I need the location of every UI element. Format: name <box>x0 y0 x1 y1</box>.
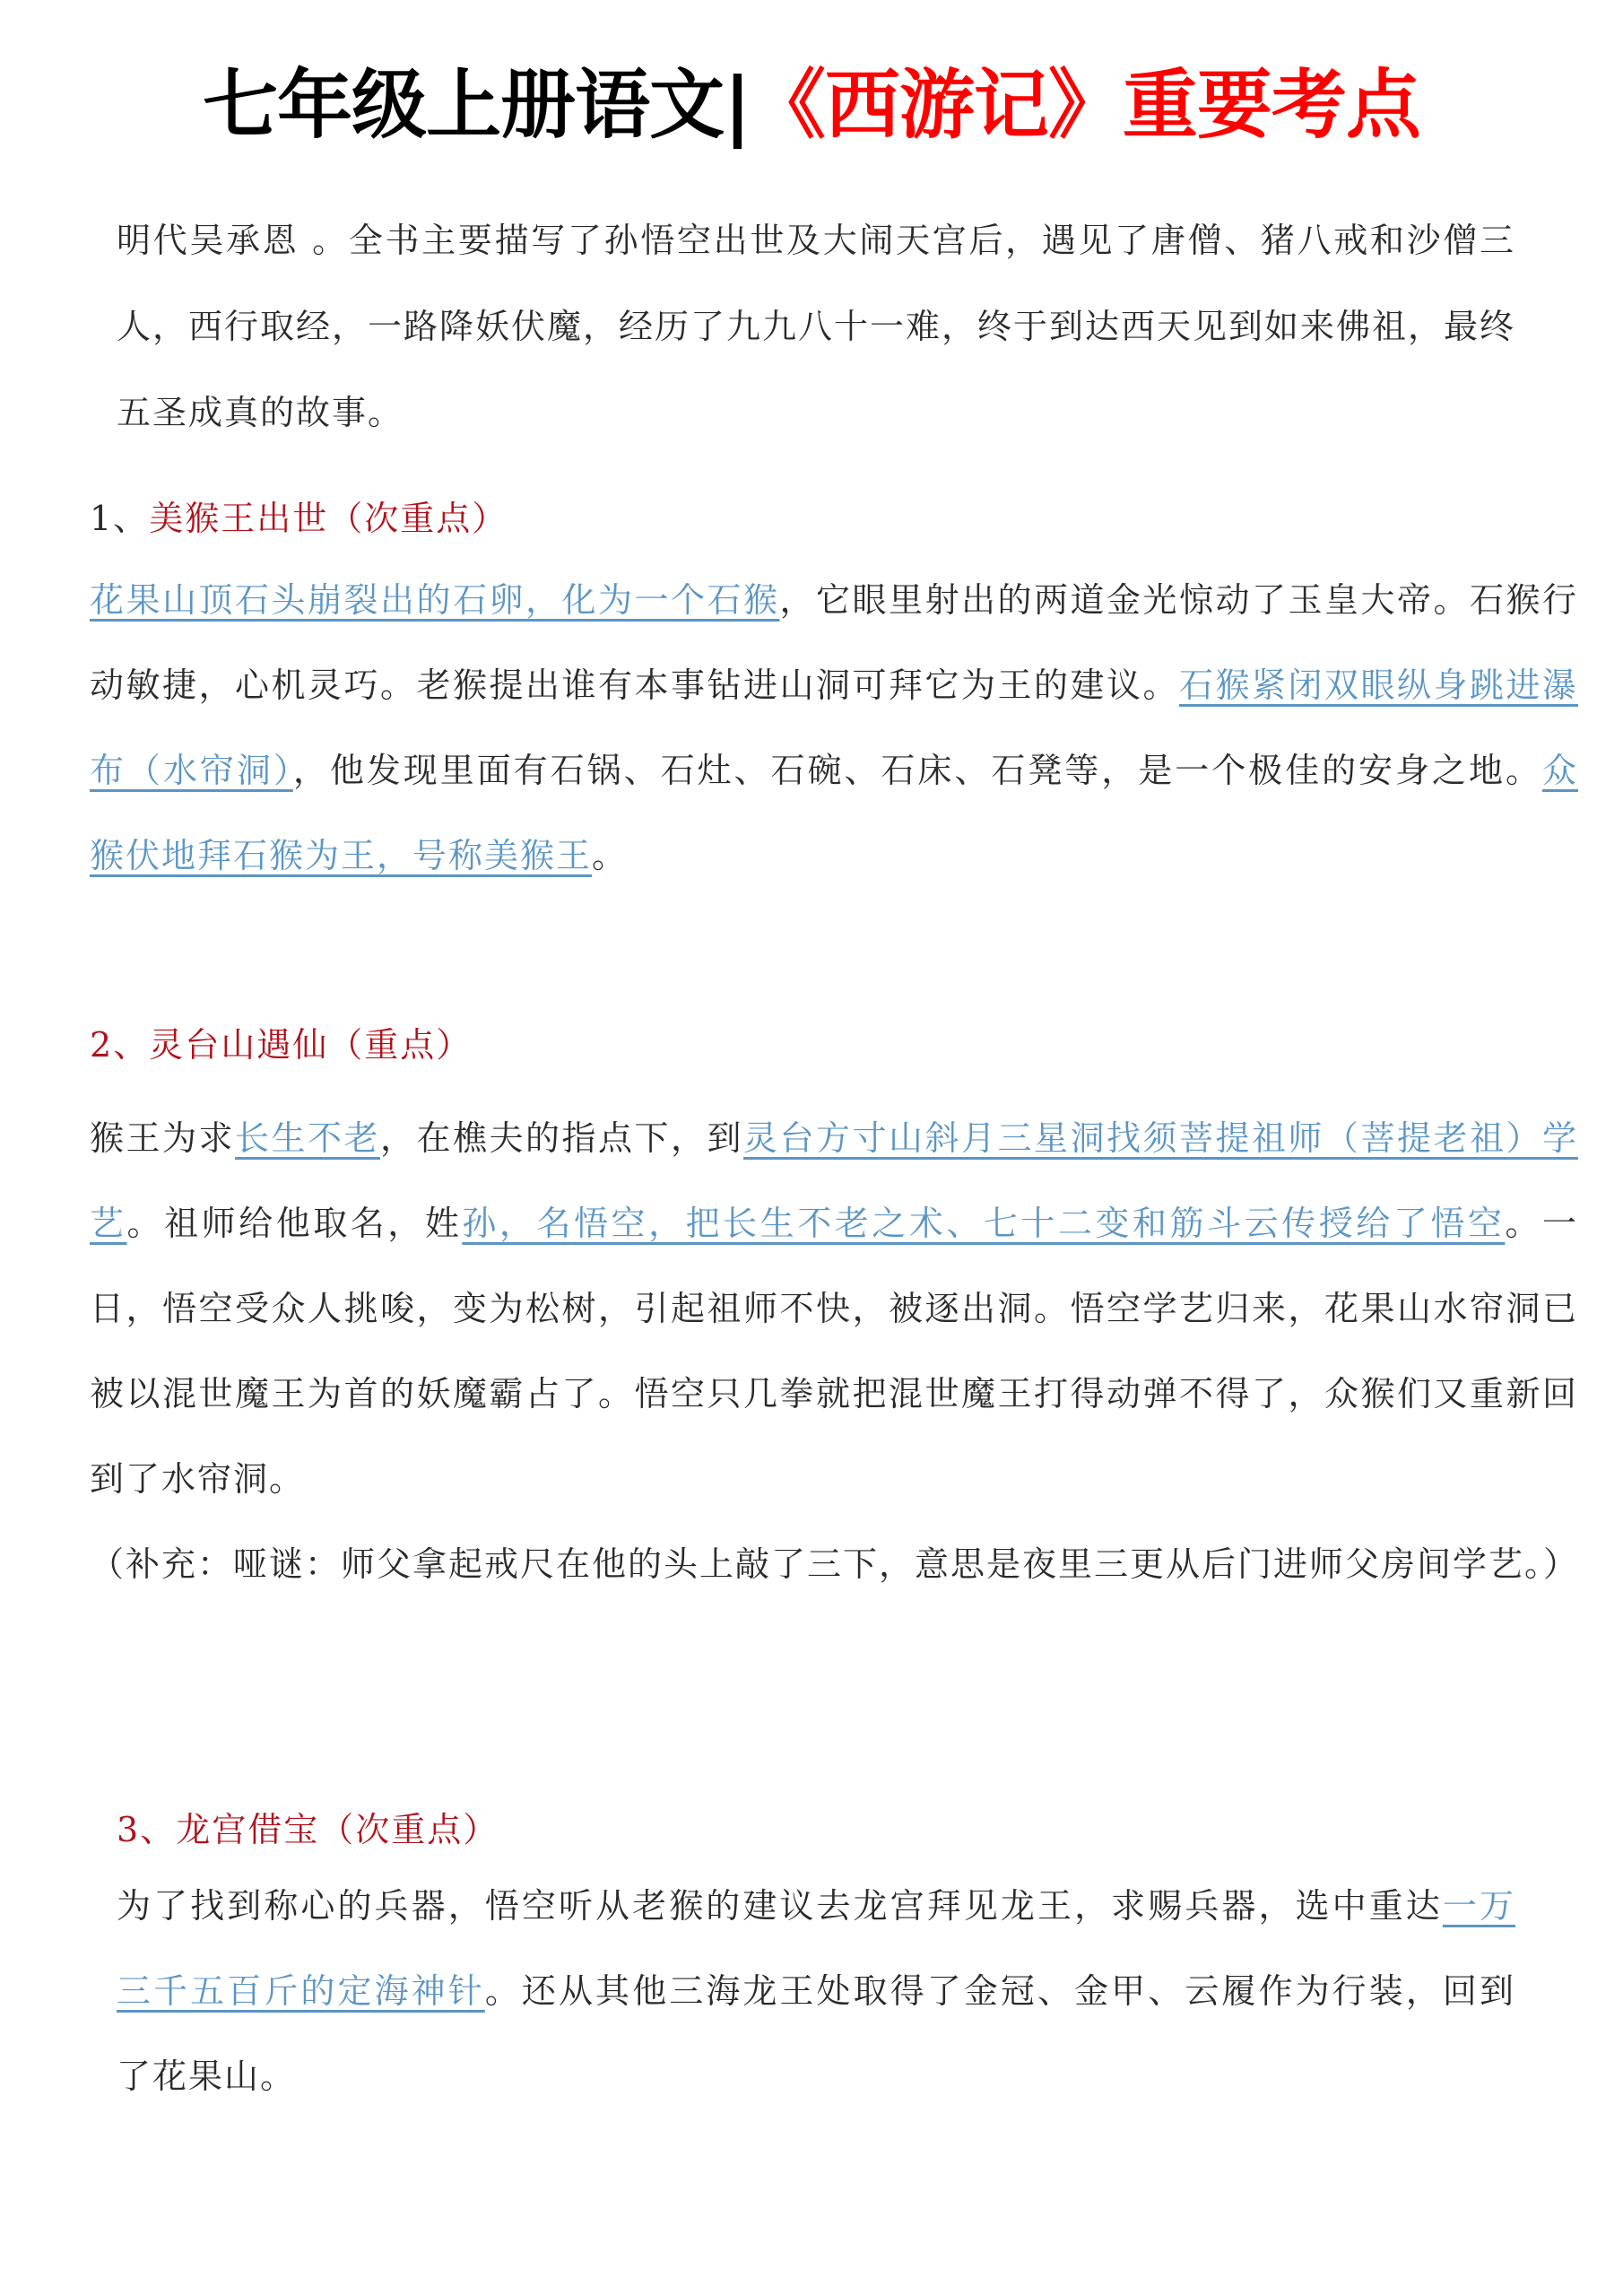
section-body-3: 为了找到称心的兵器，悟空听从老猴的建议去龙宫拜见龙王，求赐兵器，选中重达一万三千… <box>117 1864 1515 2119</box>
body-text: 。祖师给他取名，姓 <box>127 1204 463 1243</box>
body-text: 。一日，悟空受众人挑唆，变为松树，引起祖师不快，被逐出洞。悟空学艺归来，花果山水… <box>90 1204 1578 1499</box>
section-title: 龙宫借宝（次重点） <box>176 1810 499 1849</box>
section-number: 3、 <box>117 1810 176 1849</box>
section-title: 灵台山遇仙（重点） <box>149 1025 472 1065</box>
keypoint-link[interactable]: 花果山顶石头崩裂出的石卵，化为一个石猴 <box>90 580 780 620</box>
section-body-2: 猴王为求长生不老，在樵夫的指点下，到灵台方寸山斜月三星洞找须菩提祖师（菩提老祖）… <box>90 1096 1578 1522</box>
section-heading-3: 3、龙宫借宝（次重点） <box>117 1803 499 1857</box>
section-heading-1: 1、美猴王出世（次重点） <box>90 491 508 545</box>
title-book-keypoints: 《西游记》重要考点 <box>751 61 1420 149</box>
body-text: ，在樵夫的指点下，到 <box>380 1118 743 1158</box>
keypoint-link[interactable]: 孙，名悟空，把长生不老之术、七十二变和筋斗云传授给了悟空 <box>462 1204 1505 1243</box>
supplement-note: （补充：哑谜：师父拿起戒尺在他的头上敲了三下，意思是夜里三更从后门进师父房间学艺… <box>90 1522 1578 1607</box>
body-text: ，他发现里面有石锅、石灶、石碗、石床、石凳等，是一个极佳的安身之地。 <box>293 751 1542 790</box>
intro-paragraph: 明代吴承恩 。全书主要描写了孙悟空出世及大闹天宫后，遇见了唐僧、猪八戒和沙僧三人… <box>117 197 1515 456</box>
keypoint-link[interactable]: 长生不老 <box>235 1118 380 1158</box>
section-number: 2、 <box>90 1025 149 1065</box>
page-title: 七年级上册语文|《西游记》重要考点 <box>0 56 1623 154</box>
section-title: 美猴王出世（次重点） <box>149 499 508 538</box>
section-heading-2: 2、灵台山遇仙（重点） <box>90 1018 472 1072</box>
body-text: 。 <box>592 836 628 875</box>
body-text: 猴王为求 <box>90 1118 235 1158</box>
title-grade-subject: 七年级上册语文| <box>203 61 751 149</box>
section-body-1: 花果山顶石头崩裂出的石卵，化为一个石猴，它眼里射出的两道金光惊动了玉皇大帝。石猴… <box>90 558 1578 899</box>
body-text: 为了找到称心的兵器，悟空听从老猴的建议去龙宫拜见龙王，求赐兵器，选中重达 <box>117 1886 1443 1926</box>
section-number: 1、 <box>90 499 149 538</box>
